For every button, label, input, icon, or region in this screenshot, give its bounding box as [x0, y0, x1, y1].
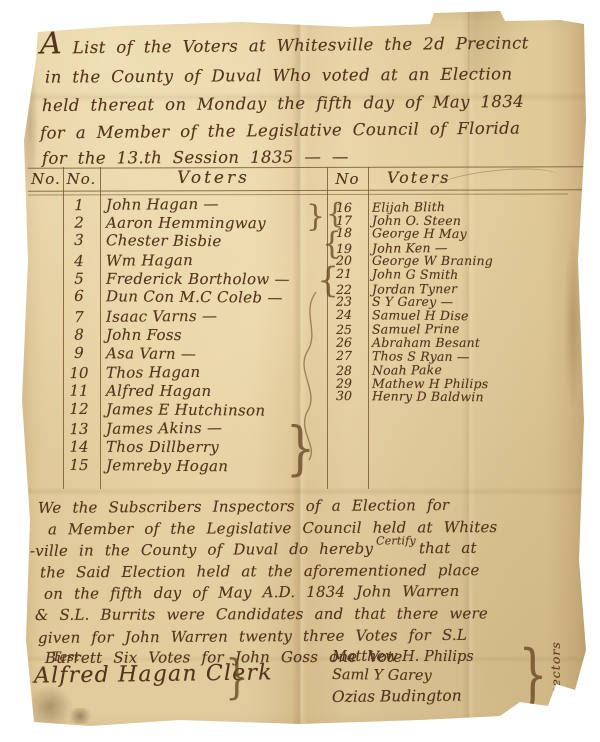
inserted-word-certify: Certify: [376, 534, 416, 547]
voter-number: 8: [66, 325, 92, 343]
voter-name: John Hagan —: [106, 195, 219, 214]
certification-line: on the fifth day of May A.D. 1834 John W…: [30, 581, 578, 606]
voter-number: 1: [66, 196, 92, 214]
scanned-document-page: A List of the Voters at Whitesville the …: [0, 0, 600, 742]
certification-line: & S.L. Burrits were Candidates and that …: [30, 604, 578, 628]
voter-name: Thos Hagan: [106, 363, 201, 382]
voter-number: 12: [66, 399, 92, 417]
voter-name: Henry D Baldwin: [372, 389, 484, 405]
voter-row: 7Isaac Varns —: [66, 306, 328, 327]
paper-stain: [26, 686, 74, 728]
voter-number: 14: [66, 438, 92, 456]
document-title-line: for the 13.th Session 1835 — —: [42, 147, 349, 168]
voter-number: 2: [66, 213, 92, 231]
tally-brace: {: [322, 226, 342, 262]
voter-name: Jemreby Hogan: [106, 456, 228, 475]
inspector-signature: Saml Y Garey: [332, 667, 522, 688]
voter-name: John Foss: [106, 326, 182, 344]
voter-row: 2Aaron Hemmingway: [66, 213, 328, 232]
voter-name: Chester Bisbie: [106, 232, 222, 251]
column-header-voters: Voters: [101, 168, 326, 188]
voter-name: James E Hutchinson: [106, 400, 265, 419]
voter-row: 10Thos Hagan: [66, 362, 328, 383]
document-title-line: for a Member of the Legislative Council …: [40, 118, 521, 142]
inspector-signature: Ozias Budington: [332, 686, 522, 707]
voter-number: 10: [66, 364, 92, 382]
column-header-no: No.: [30, 170, 62, 188]
voter-row: 9Asa Varn —: [66, 343, 328, 364]
voter-row: 6Dun Con M.C Coleb —: [66, 287, 328, 308]
aged-paper-sheet: A List of the Voters at Whitesville the …: [0, 0, 600, 742]
voter-name: John G Smith: [372, 266, 459, 282]
certification-text: -ville in the County of Duval do hereby: [30, 540, 373, 560]
voter-number: 7: [66, 308, 92, 326]
voter-row: 25Samuel Prine: [330, 320, 575, 336]
document-title-line: in the County of Duval Who voted at an E…: [45, 64, 513, 86]
voter-row: 26Abraham Besant: [330, 335, 575, 349]
voter-row: 1John Hagan —: [66, 194, 328, 215]
paper-stain: [66, 708, 94, 724]
voter-name: Thos Dillberry: [106, 438, 219, 456]
voter-number: 15: [66, 455, 92, 473]
voter-number: 30: [330, 388, 358, 403]
voter-row: 4Wm Hagan: [66, 250, 328, 271]
voter-row: 16Elijah Blith: [330, 198, 575, 214]
document-title-line: held thereat on Monday the fifth day of …: [42, 92, 524, 115]
certification-text: that at: [419, 539, 477, 557]
voter-row: 11Alfred Hagan: [66, 382, 328, 401]
voter-number: 5: [66, 269, 92, 287]
voter-row: 3Chester Bisbie: [66, 231, 328, 252]
tally-squiggle: [296, 290, 322, 462]
voter-number: 6: [66, 287, 92, 305]
voter-row: 30Henry D Baldwin: [330, 388, 575, 404]
voter-number: 24: [330, 307, 358, 322]
voter-number: 13: [66, 420, 92, 438]
column-header-voters: Voters: [369, 168, 547, 187]
certification-paragraph: We the Subscribers Inspectors of a Elect…: [30, 497, 578, 670]
inspector-signature: Matthew H. Philips: [332, 649, 522, 668]
certification-line: We the Subscribers Inspectors of a Elect…: [30, 495, 578, 520]
voter-name: Aaron Hemmingway: [106, 213, 266, 231]
voter-row: 20George W Braning: [330, 253, 575, 267]
voter-list-right: 16Elijah Blith 17John O. Steen 18George …: [330, 199, 575, 403]
voter-name: James Akins —: [106, 419, 222, 438]
document-title-line: A List of the Voters at Whitesville the …: [40, 33, 529, 57]
certification-line: -ville in the County of Duval do herebyC…: [30, 538, 578, 563]
voter-name: Alfred Hagan: [106, 382, 211, 400]
voter-row: 23S Y Garey —: [330, 294, 575, 308]
rotated-margin-label: Inspectors: [548, 598, 563, 718]
column-header-no: No.: [64, 170, 99, 188]
voter-row: 28Noah Pake: [330, 361, 575, 377]
voter-number: 3: [66, 231, 92, 249]
page-mark: 7: [573, 699, 579, 709]
table-rule-vertical: [63, 167, 64, 489]
voter-row: 8John Foss: [66, 325, 328, 344]
voter-name: Isaac Varns —: [106, 307, 217, 326]
voter-name: Frederick Bortholow —: [106, 270, 290, 288]
voter-name: George H May: [372, 225, 467, 241]
voter-name: Asa Varn —: [106, 344, 196, 363]
voter-row: 5Frederick Bortholow —: [66, 269, 328, 288]
inspectors-brace: }: [518, 636, 547, 713]
column-header-no: No: [328, 170, 367, 188]
voter-number: 27: [330, 347, 358, 362]
voter-number: 11: [66, 382, 92, 400]
voter-name: Wm Hagan: [106, 251, 193, 270]
inspector-signatures: Matthew H. Philips Saml Y Garey Ozias Bu…: [332, 649, 522, 705]
voter-name: Dun Con M.C Coleb —: [106, 288, 283, 308]
certification-line: given for John Warren twenty three Votes…: [30, 625, 578, 650]
voter-number: 4: [66, 252, 92, 270]
voter-number: 9: [66, 343, 92, 361]
clerk-brace: }: [225, 650, 249, 705]
